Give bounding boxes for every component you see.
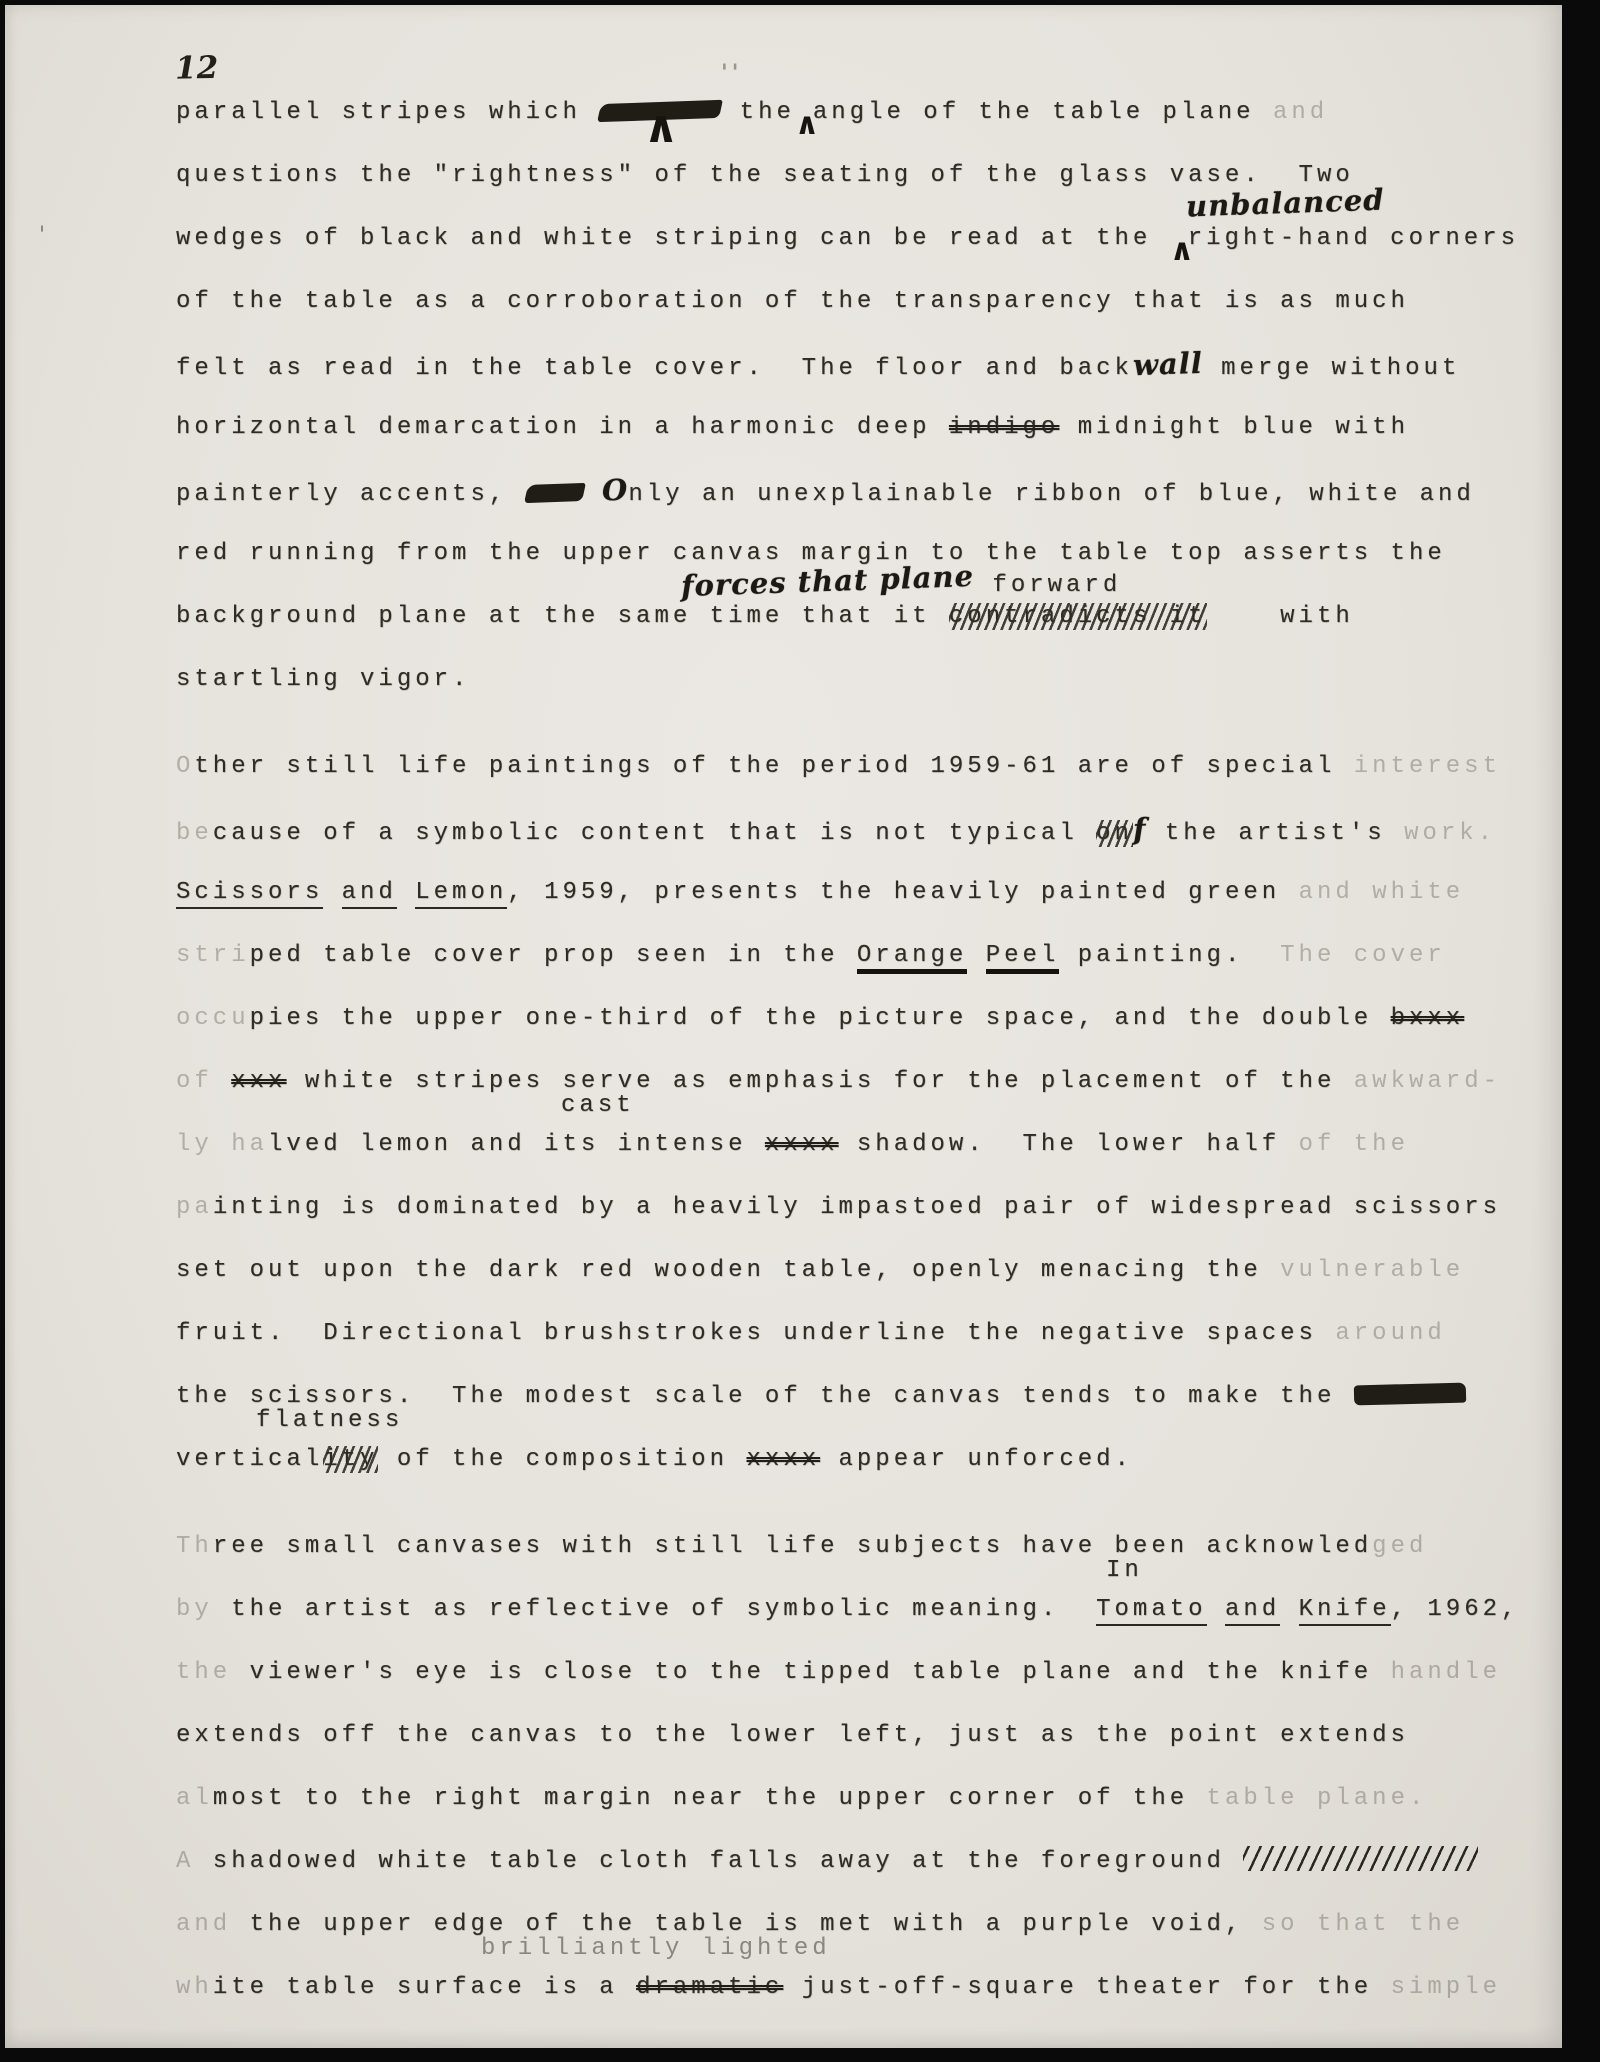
typed-text: felt as read in the table cover. The flo… (176, 355, 1133, 382)
faded-typed-text: Th (176, 1533, 213, 1560)
typescript-line: Three small canvases with still life sub… (5, 1515, 1562, 1578)
typescript-line: of xxx white stripes serve as emphasis f… (5, 1050, 1562, 1113)
typescript-line: felt as read in the table cover. The flo… (5, 333, 1562, 396)
typed-text: of the composition (378, 1446, 746, 1473)
typed-text: ree small canvases with still life subje… (213, 1533, 1372, 1560)
underlined-title-text: Tomato (1096, 1596, 1206, 1626)
typed-text: inting is dominated by a heavily impasto… (213, 1194, 1501, 1221)
slashed-out-text: on (1096, 820, 1133, 847)
typed-text: , 1959, presents the heavily painted gre… (507, 879, 1298, 906)
faded-typed-text: by (176, 1596, 213, 1623)
overstruck-text: xxx (231, 1068, 286, 1095)
faded-typed-text: interest (1354, 753, 1501, 780)
faded-typed-text: ly ha (176, 1131, 268, 1158)
faded-typed-text: be (176, 820, 213, 847)
faded-typed-text: and (176, 1911, 231, 1938)
faded-typed-text: of (176, 1068, 231, 1095)
typed-text: just-off-square theater for the (783, 1974, 1390, 2001)
faded-typed-text: occu (176, 1005, 250, 1032)
typed-text: angle of the table plane (813, 99, 1273, 126)
typescript-line: the viewer's eye is close to the tipped … (5, 1641, 1562, 1704)
overstruck-text: xxxx (765, 1131, 839, 1158)
typed-text: In (1106, 1557, 1143, 1584)
typescript-line: verticality of the composition xxxx appe… (5, 1428, 1562, 1491)
stray-ink-mark: ' (39, 223, 45, 248)
typescript-line: set out upon the dark red wooden table, … (5, 1239, 1562, 1302)
typed-text (323, 879, 341, 906)
typescript-line: horizontal demarcation in a harmonic dee… (5, 396, 1562, 459)
faded-typed-text: so that the (1262, 1911, 1464, 1938)
typed-text: most to the right margin near the upper … (213, 1785, 1207, 1812)
typescript-line: because of a symbolic content that is no… (5, 798, 1562, 861)
typed-text: the upper edge of the table is met with … (231, 1911, 1262, 1938)
typed-text: , 1962, (1391, 1596, 1520, 1623)
typed-text: shadow. The lower half (839, 1131, 1299, 1158)
typed-text: lved lemon and its intense (268, 1131, 765, 1158)
overstruck-text: xxxx (746, 1446, 820, 1473)
typed-text: flatness (256, 1407, 403, 1434)
typescript-line: A shadowed white table cloth falls away … (5, 1830, 1562, 1893)
faded-typed-text: vulnerable (1280, 1257, 1464, 1284)
faded-typed-text: wh (176, 1974, 213, 2001)
typed-text: white stripes serve as emphasis for the … (286, 1068, 1353, 1095)
typed-text: cause of a symbolic content that is not … (213, 820, 1096, 847)
faded-typed-text: simple (1391, 1974, 1501, 2001)
typed-text: parallel stripes which (176, 99, 599, 126)
overstruck-text: bxxx (1391, 1005, 1465, 1032)
typescript-line: painterly accents, Only an unexplainable… (5, 459, 1562, 522)
faded-typed-text: around (1335, 1320, 1445, 1347)
manuscript-body: ''parallel stripes which ∧ the∧angle of … (5, 81, 1562, 2019)
underlined-title-text: Scissors (176, 879, 323, 909)
faded-typed-text: and (1273, 99, 1328, 126)
underlined-title-text: Knife (1299, 1596, 1391, 1626)
typed-text: forward (974, 572, 1121, 599)
slashed-out-text: contradicts it (949, 603, 1207, 630)
faint-hand-mark: '' (721, 60, 742, 86)
typed-text: ther still life paintings of the period … (194, 753, 1353, 780)
typed-text: the (721, 99, 795, 126)
handwritten-text: wall (1132, 332, 1204, 397)
handwritten-text: unbalanced (1185, 183, 1385, 224)
faded-typed-text: awkward- (1354, 1068, 1501, 1095)
typescript-line: striped table cover prop seen in the Ora… (5, 924, 1562, 987)
scanned-page-frame: ' 12 ''parallel stripes which ∧ the∧angl… (0, 0, 1600, 2062)
typed-text: extends off the canvas to the lower left… (176, 1722, 1409, 1749)
hand-underlined-title-text: Orange (857, 942, 967, 974)
typed-text: questions the "rightness" of the seating… (176, 162, 1354, 189)
typescript-line: the scissors. The modest scale of the ca… (5, 1365, 1562, 1428)
typed-text: midnight blue with (1059, 414, 1409, 441)
typed-text (397, 879, 415, 906)
underlined-title-text: Lemon (415, 879, 507, 909)
typescript-line: extends off the canvas to the lower left… (5, 1704, 1562, 1767)
typed-text: ite table surface is a (213, 1974, 636, 2001)
typescript-line: ly halved lemon and its intense xxxx sha… (5, 1113, 1562, 1176)
typed-text: the scissors. The modest scale of the ca… (176, 1383, 1354, 1410)
typed-text: cast (561, 1092, 635, 1119)
typed-text: wedges of black and white striping can b… (176, 225, 1170, 252)
light-typed-text: brilliantly lighted (481, 1935, 831, 1962)
faded-typed-text: The cover (1280, 942, 1446, 969)
typescript-line: painting is dominated by a heavily impas… (5, 1176, 1562, 1239)
handwritten-text: O (601, 459, 629, 523)
faded-typed-text: of the (1299, 1131, 1409, 1158)
hand-underlined-title-text: Peel (986, 942, 1060, 974)
typed-text: painting. (1059, 942, 1280, 969)
faded-typed-text: handle (1391, 1659, 1501, 1686)
scribbled-out-blob (524, 483, 586, 503)
faded-typed-text: pa (176, 1194, 213, 1221)
faded-typed-text: O (176, 753, 194, 780)
typescript-line: occupies the upper one-third of the pict… (5, 987, 1562, 1050)
typed-text: viewer's eye is close to the tipped tabl… (231, 1659, 1390, 1686)
typescript-line: Other still life paintings of the period… (5, 735, 1562, 798)
typed-text: of the table as a corroboration of the t… (176, 288, 1409, 315)
underlined-title-text: and (1225, 1596, 1280, 1626)
manuscript-page: ' 12 ''parallel stripes which ∧ the∧angl… (5, 5, 1562, 2048)
typed-text (967, 942, 985, 969)
faded-typed-text: table plane. (1207, 1785, 1428, 1812)
slashed-out-blob (1243, 1846, 1478, 1871)
typed-text: shadowed white table cloth falls away at… (194, 1848, 1243, 1875)
typed-text: red running from the upper canvas margin… (176, 540, 1446, 567)
handwritten-text: f (1132, 798, 1148, 861)
faded-typed-text: and white (1299, 879, 1465, 906)
typed-text (1280, 1596, 1298, 1623)
typed-text: ped table cover prop seen in the (250, 942, 857, 969)
typescript-line: startling vigor. (5, 648, 1562, 711)
faded-typed-text: al (176, 1785, 213, 1812)
faded-typed-text: stri (176, 942, 250, 969)
overstruck-text: dramatic (636, 1974, 783, 2001)
faded-typed-text: the (176, 1659, 231, 1686)
typed-text: the artist as reflective of symbolic mea… (213, 1596, 1096, 1623)
paragraph: Three small canvases with still life sub… (5, 1515, 1562, 2019)
slashed-out-text: ity (323, 1446, 378, 1473)
typed-text: vertical (176, 1446, 323, 1473)
typed-text: right-hand corners (1188, 225, 1519, 252)
typescript-line: of the table as a corroboration of the t… (5, 270, 1562, 333)
overstruck-text: indigo (949, 414, 1059, 441)
faded-typed-text: ged (1372, 1533, 1427, 1560)
typed-text: the artist's (1146, 820, 1404, 847)
typed-text: horizontal demarcation in a harmonic dee… (176, 414, 949, 441)
underlined-title-text: and (342, 879, 397, 909)
typed-text: set out upon the dark red wooden table, … (176, 1257, 1280, 1284)
typescript-line: fruit. Directional brushstrokes underlin… (5, 1302, 1562, 1365)
typed-text: pies the upper one-third of the picture … (250, 1005, 1391, 1032)
typed-text: merge without (1203, 355, 1461, 382)
typed-text (584, 481, 602, 508)
typed-text (1207, 1596, 1225, 1623)
typescript-line: Scissors and Lemon, 1959, presents the h… (5, 861, 1562, 924)
typed-text: startling vigor. (176, 666, 470, 693)
typed-text: painterly accents, (176, 481, 526, 508)
typescript-line: by the artist as reflective of symbolic … (5, 1578, 1562, 1641)
faded-typed-text: A (176, 1848, 194, 1875)
typed-text: fruit. Directional brushstrokes underlin… (176, 1320, 1335, 1347)
paragraph: Other still life paintings of the period… (5, 735, 1562, 1491)
typed-text: nly an unexplainable ribbon of blue, whi… (628, 481, 1475, 508)
faded-typed-text: work. (1404, 820, 1496, 847)
typed-text: background plane at the same time that i… (176, 603, 949, 630)
typescript-line: white table surface is a dramatic just-o… (5, 1956, 1562, 2019)
typed-text: with (1207, 603, 1354, 630)
typescript-line: almost to the right margin near the uppe… (5, 1767, 1562, 1830)
inked-out-blob (1354, 1383, 1466, 1406)
typed-text: appear unforced. (820, 1446, 1133, 1473)
paragraph: ''parallel stripes which ∧ the∧angle of … (5, 81, 1562, 711)
